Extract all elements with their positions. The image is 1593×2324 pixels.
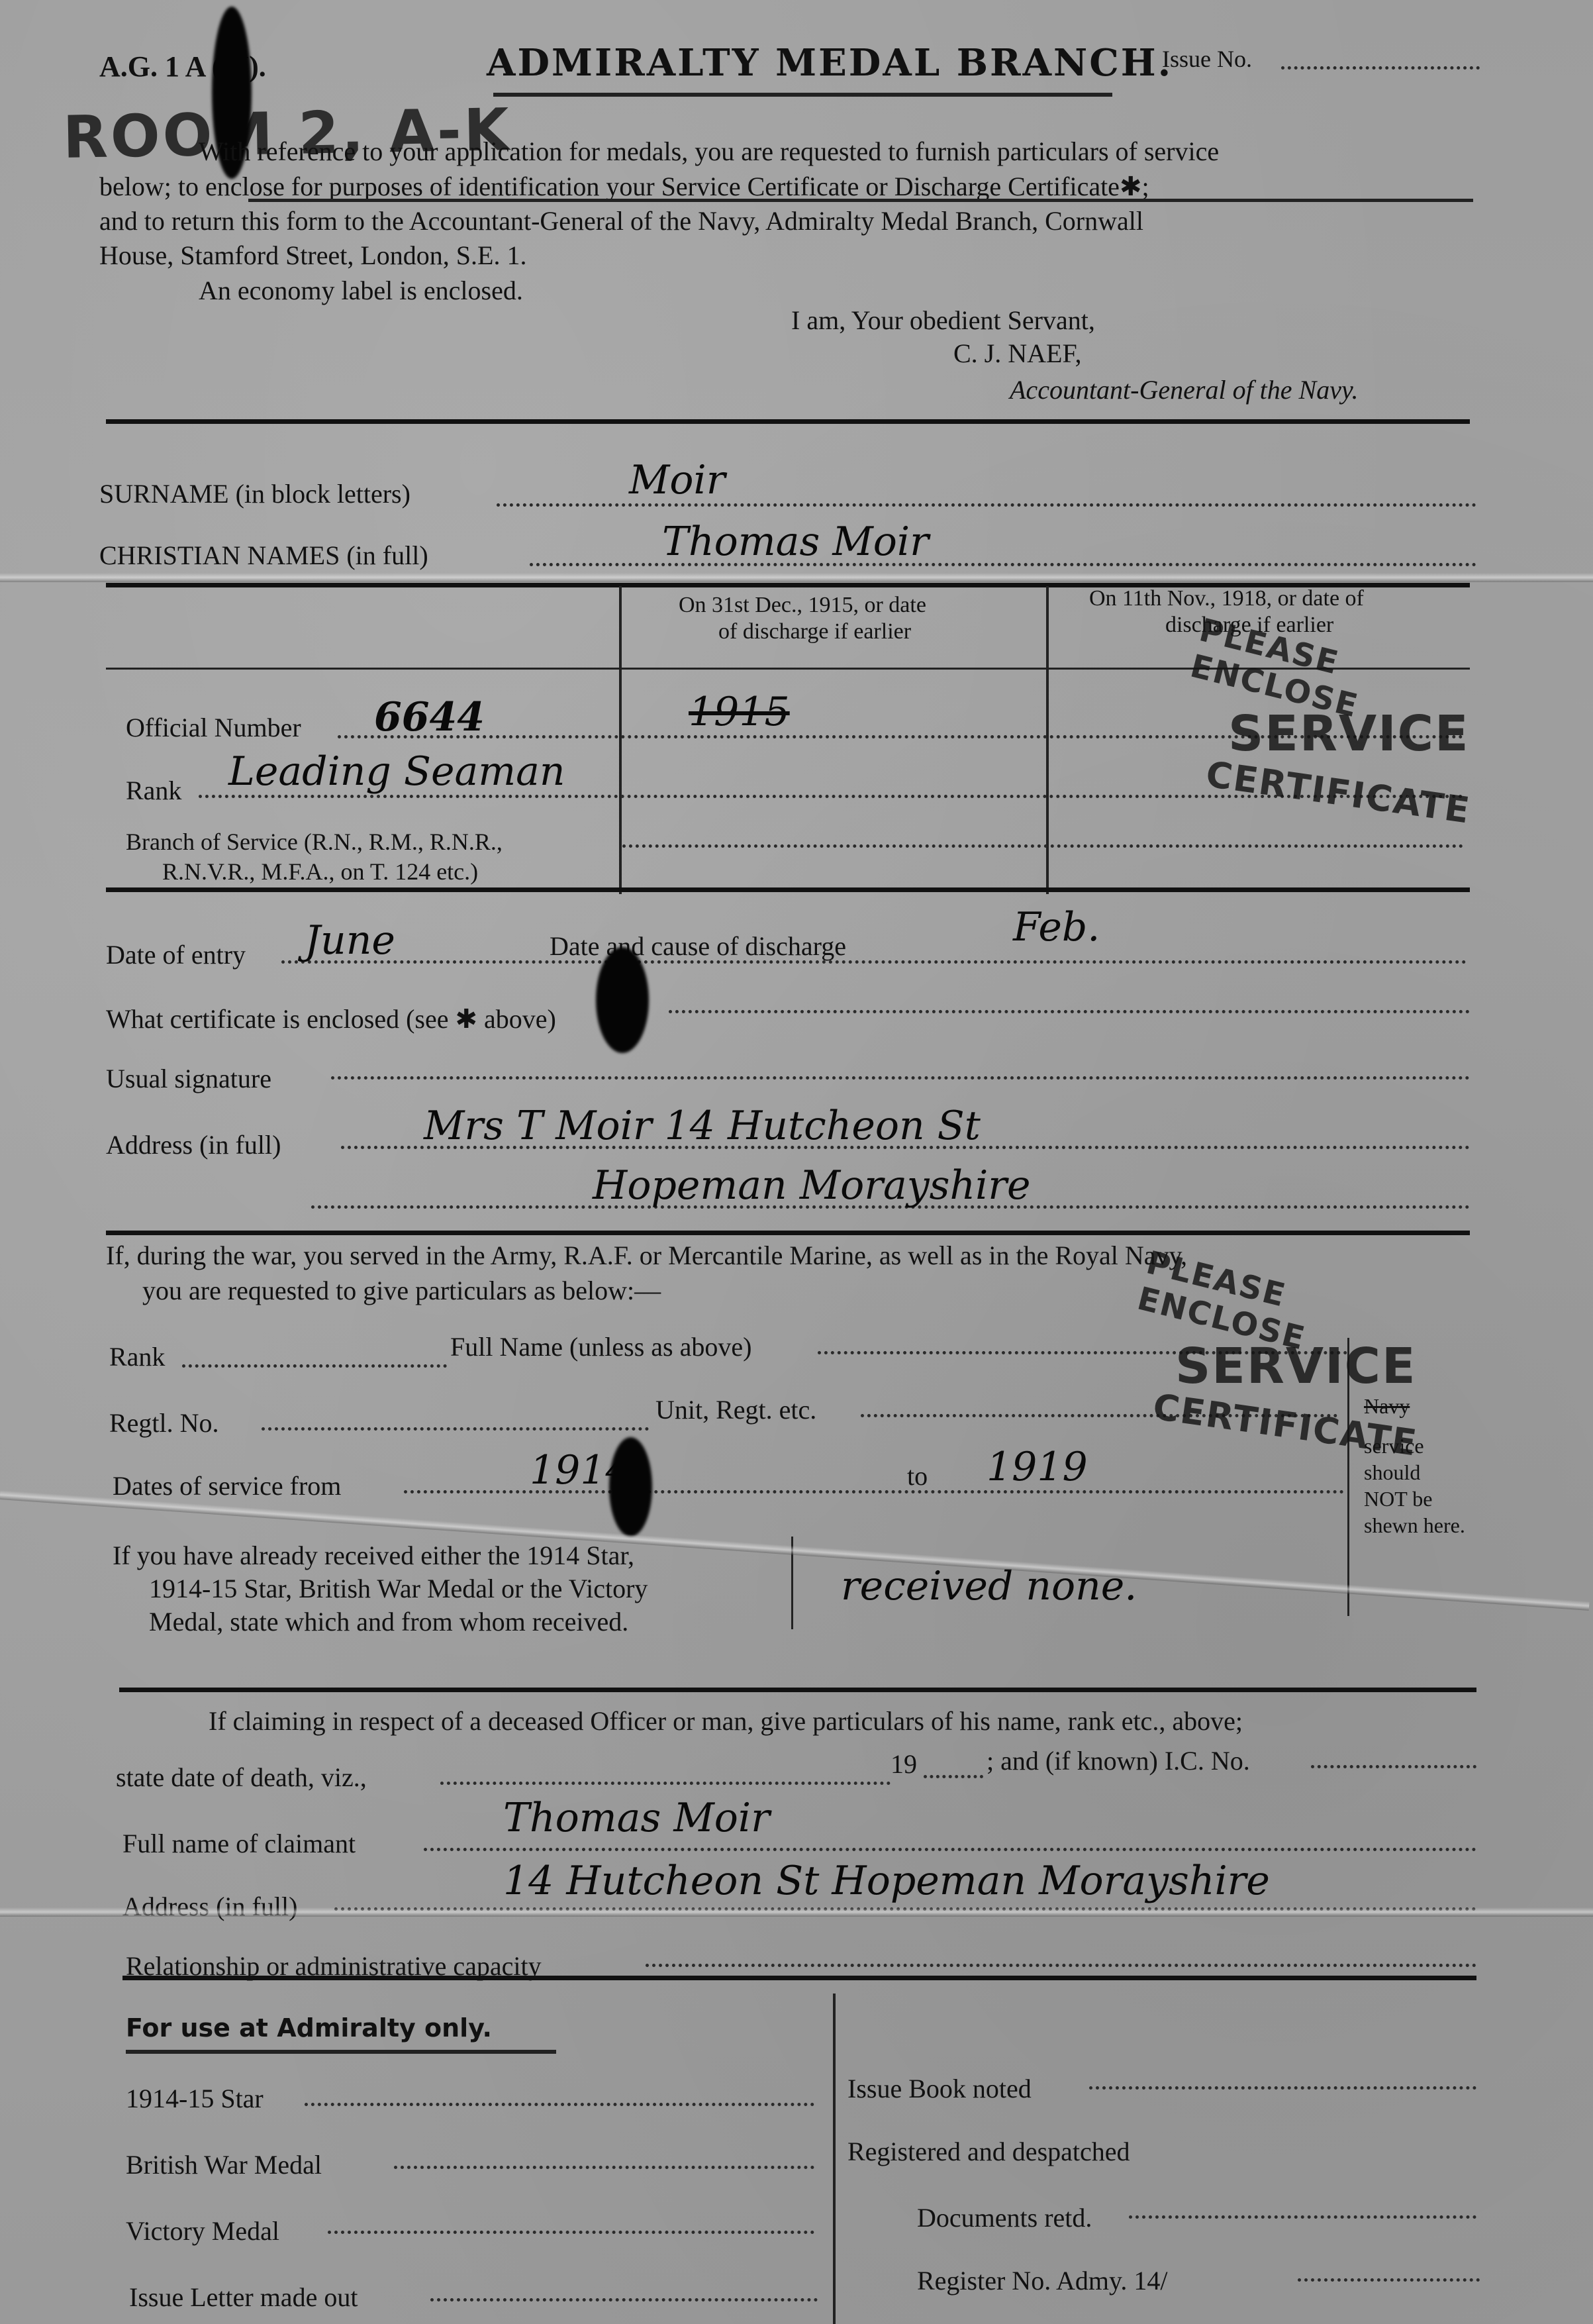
- surname-value[interactable]: Moir: [629, 457, 725, 503]
- claimant-label: Full name of claimant: [122, 1828, 356, 1859]
- intro-underline: [248, 199, 1473, 202]
- rank-label: Rank: [126, 775, 181, 806]
- admiralty-line: [394, 2166, 814, 2169]
- col1-year-value[interactable]: 1915: [689, 689, 790, 735]
- ink-blot: [609, 1437, 652, 1537]
- date-of-entry-label: Date of entry: [106, 939, 246, 970]
- other-service-intro-2: you are requested to give particulars as…: [142, 1275, 661, 1306]
- register-no-line: [1298, 2278, 1480, 2282]
- year-line: [924, 1775, 983, 1778]
- usual-signature-line: [331, 1076, 1470, 1080]
- please-enclose-stamp: PLEASE ENCLOSE SERVICE CERTIFICATE: [1179, 642, 1457, 841]
- admiralty-line: [328, 2231, 814, 2234]
- issue-book-line: [1089, 2086, 1476, 2090]
- rank-value[interactable]: Leading Seaman: [228, 748, 565, 795]
- branch-line: [622, 844, 1463, 848]
- dates-to-label: to: [907, 1460, 928, 1491]
- signatory-name: C. J. NAEF,: [953, 338, 1082, 369]
- claimant-address-value[interactable]: 14 Hutcheon St Hopeman Morayshire: [503, 1858, 1270, 1904]
- admiralty-item-1914-15-star: 1914-15 Star: [126, 2083, 264, 2114]
- medal-application-form: A.G. 1 A (M). ADMIRALTY MEDAL BRANCH. Is…: [0, 0, 1593, 2324]
- claimant-value[interactable]: Thomas Moir: [503, 1795, 770, 1841]
- admiralty-item-victory-medal: Victory Medal: [126, 2215, 279, 2247]
- deceased-intro: If claiming in respect of a deceased Off…: [209, 1705, 1243, 1737]
- address-value-2[interactable]: Hopeman Morayshire: [593, 1162, 1030, 1209]
- issue-no-label: Issue No.: [1162, 45, 1252, 73]
- date-of-death-label: state date of death, viz.,: [116, 1762, 367, 1793]
- documents-label: Documents retd.: [917, 2202, 1092, 2233]
- received-line-2: 1914-15 Star, British War Medal or the V…: [149, 1573, 648, 1604]
- please-enclose-stamp: PLEASE ENCLOSE SERVICE CERTIFICATE: [1126, 1275, 1404, 1474]
- issue-no-field: [1281, 66, 1480, 70]
- address-value-1[interactable]: Mrs T Moir 14 Hutcheon St: [424, 1103, 981, 1149]
- intro-line-4: House, Stamford Street, London, S.E. 1.: [99, 240, 527, 271]
- col1-header-b: of discharge if earlier: [718, 619, 911, 644]
- official-number-value[interactable]: 6644: [374, 694, 485, 740]
- dates-from-label: Dates of service from: [113, 1470, 341, 1501]
- other-service-intro-1: If, during the war, you served in the Ar…: [106, 1240, 1187, 1271]
- registered-label: Registered and despatched: [847, 2136, 1130, 2167]
- side-note-shewn-here: shewn here.: [1364, 1513, 1465, 1538]
- dates-to-value[interactable]: 1919: [987, 1444, 1088, 1490]
- unit-label: Unit, Regt. etc.: [655, 1394, 816, 1425]
- certificate-line: [669, 1010, 1470, 1013]
- christian-names-value[interactable]: Thomas Moir: [662, 519, 929, 565]
- section-rule: [106, 887, 1470, 892]
- regtl-no-line: [262, 1427, 649, 1431]
- branch-label-a: Branch of Service (R.N., R.M., R.N.R.,: [126, 828, 503, 856]
- ink-blot: [596, 947, 649, 1053]
- intro-line-5: An economy label is enclosed.: [199, 275, 523, 306]
- section-rule: [122, 1976, 1476, 1980]
- intro-line-1: With reference to your application for m…: [199, 136, 1219, 167]
- date-of-entry-line: [281, 960, 1467, 964]
- usual-signature-label: Usual signature: [106, 1063, 271, 1094]
- ic-no-label: ; and (if known) I.C. No.: [987, 1745, 1250, 1776]
- other-rank-label: Rank: [109, 1341, 165, 1372]
- paper-fold: [0, 1907, 1593, 1917]
- col2-header-a: On 11th Nov., 1918, or date of: [1089, 586, 1364, 611]
- side-note-not-be: NOT be: [1364, 1487, 1432, 1511]
- table-divider: [1046, 586, 1049, 894]
- regtl-no-label: Regtl. No.: [109, 1407, 219, 1439]
- admiralty-divider: [833, 1994, 836, 2324]
- certificate-label: What certificate is enclosed (see ✱ abov…: [106, 1003, 556, 1035]
- documents-line: [1129, 2215, 1476, 2219]
- col1-header-a: On 31st Dec., 1915, or date: [679, 593, 926, 618]
- admiralty-line: [430, 2298, 818, 2301]
- section-rule: [106, 1231, 1470, 1235]
- closing: I am, Your obedient Servant,: [791, 305, 1095, 336]
- ic-no-line: [1311, 1765, 1476, 1768]
- admiralty-heading: For use at Admiralty only.: [126, 2013, 492, 2043]
- table-divider: [619, 586, 622, 894]
- section-rule: [119, 1688, 1476, 1692]
- full-name-label: Full Name (unless as above): [450, 1331, 751, 1362]
- intro-line-3: and to return this form to the Accountan…: [99, 205, 1143, 236]
- paper-fold: [0, 573, 1593, 582]
- admiralty-item-british-war-medal: British War Medal: [126, 2149, 322, 2180]
- address-label: Address (in full): [106, 1129, 281, 1160]
- title-underline: [493, 93, 1112, 97]
- relationship-line: [646, 1964, 1476, 1967]
- surname-label: SURNAME (in block letters): [99, 478, 410, 509]
- year-prefix: 19: [891, 1748, 917, 1780]
- branch-label-b: R.N.V.R., M.F.A., on T. 124 etc.): [162, 858, 478, 885]
- form-title: ADMIRALTY MEDAL BRANCH.: [487, 41, 1173, 85]
- other-rank-line: [182, 1364, 447, 1368]
- discharge-label: Date and cause of discharge: [550, 931, 846, 962]
- admiralty-line: [305, 2103, 814, 2106]
- issue-book-label: Issue Book noted: [847, 2073, 1032, 2104]
- surname-field-line: [497, 503, 1476, 507]
- section-rule: [106, 419, 1470, 424]
- discharge-value[interactable]: Feb.: [1013, 904, 1100, 950]
- intro-line-2: below; to enclose for purposes of identi…: [99, 171, 1149, 202]
- received-line-1: If you have already received either the …: [113, 1540, 634, 1571]
- claimant-address-label: Address (in full): [122, 1891, 297, 1922]
- claimant-line: [424, 1848, 1476, 1851]
- register-no-label: Register No. Admy. 14/: [917, 2265, 1168, 2296]
- admiralty-item-issue-letter: Issue Letter made out: [129, 2282, 358, 2313]
- date-of-death-line: [440, 1782, 891, 1785]
- official-number-label: Official Number: [126, 712, 301, 743]
- admiralty-heading-underline: [126, 2050, 556, 2054]
- received-line-3: Medal, state which and from whom receive…: [149, 1606, 628, 1637]
- christian-names-label: CHRISTIAN NAMES (in full): [99, 540, 428, 571]
- signatory-title: Accountant-General of the Navy.: [1010, 374, 1359, 405]
- date-of-entry-value[interactable]: June: [305, 917, 395, 964]
